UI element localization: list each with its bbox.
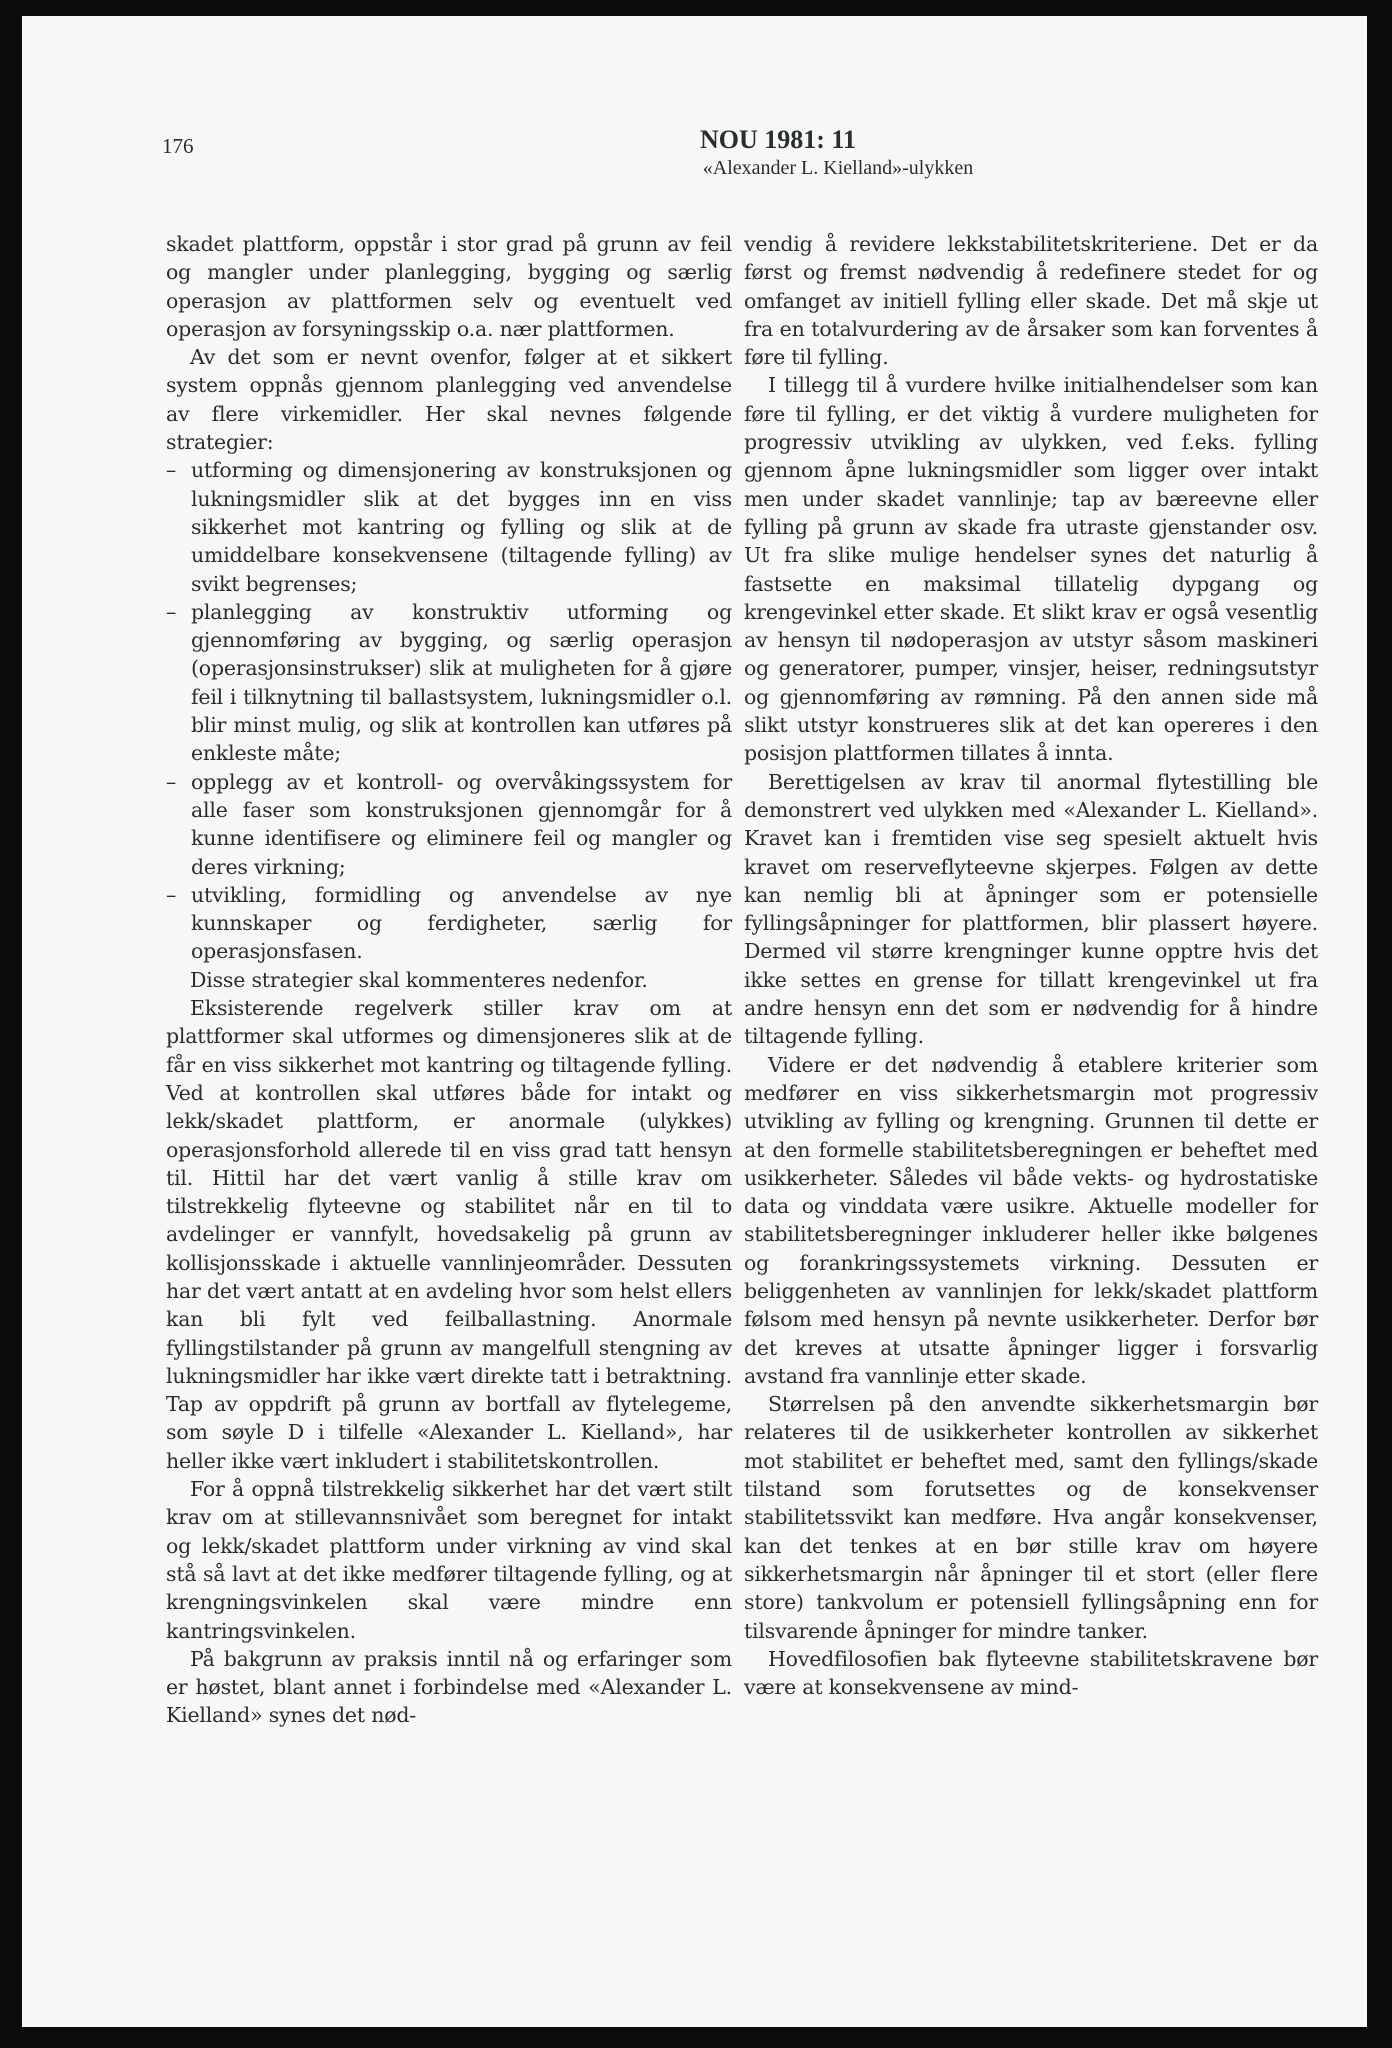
paragraph: For å oppnå tilstrekkelig sikkerhet har … — [166, 1475, 732, 1645]
running-head: NOU 1981: 11 «Alexander L. Kielland»-uly… — [422, 124, 1022, 180]
document-page: 176 NOU 1981: 11 «Alexander L. Kielland»… — [22, 16, 1367, 2027]
paragraph: På bakgrunn av praksis inntil nå og erfa… — [166, 1645, 732, 1730]
right-column: vendig å revidere lekkstabilitetskriteri… — [744, 230, 1318, 1701]
paragraph: Disse strategier skal kommenteres nedenf… — [166, 966, 732, 994]
paragraph: I tillegg til å vurdere hvilke initialhe… — [744, 371, 1318, 767]
paragraph: Berettigelsen av krav til anormal flytes… — [744, 768, 1318, 1051]
paragraph: Størrelsen på den anvendte sikkerhetsmar… — [744, 1390, 1318, 1645]
strategy-item: planlegging av konstruktiv utforming og … — [166, 598, 732, 768]
paragraph: vendig å revidere lekkstabilitetskriteri… — [744, 230, 1318, 371]
strategy-list: utforming og dimensjonering av konstruks… — [166, 456, 732, 965]
paragraph: skadet plattform, oppstår i stor grad på… — [166, 230, 732, 343]
left-column: skadet plattform, oppstår i stor grad på… — [166, 230, 732, 1730]
strategy-item: utvikling, formidling og anvendelse av n… — [166, 881, 732, 966]
report-id: NOU 1981: 11 — [478, 124, 1078, 156]
report-subtitle: «Alexander L. Kielland»-ulykken — [538, 156, 1138, 180]
strategy-item: utforming og dimensjonering av konstruks… — [166, 456, 732, 597]
paragraph: Videre er det nødvendig å etablere krite… — [744, 1051, 1318, 1391]
page-number: 176 — [162, 134, 194, 159]
strategy-item: opplegg av et kontroll- og overvåkingssy… — [166, 768, 732, 881]
page-content: 176 NOU 1981: 11 «Alexander L. Kielland»… — [22, 16, 1367, 2027]
paragraph: Hovedfilosofien bak flyteevne stabilitet… — [744, 1645, 1318, 1702]
paragraph: Av det som er nevnt ovenfor, følger at e… — [166, 343, 732, 456]
paragraph: Eksisterende regelverk stiller krav om a… — [166, 994, 732, 1475]
